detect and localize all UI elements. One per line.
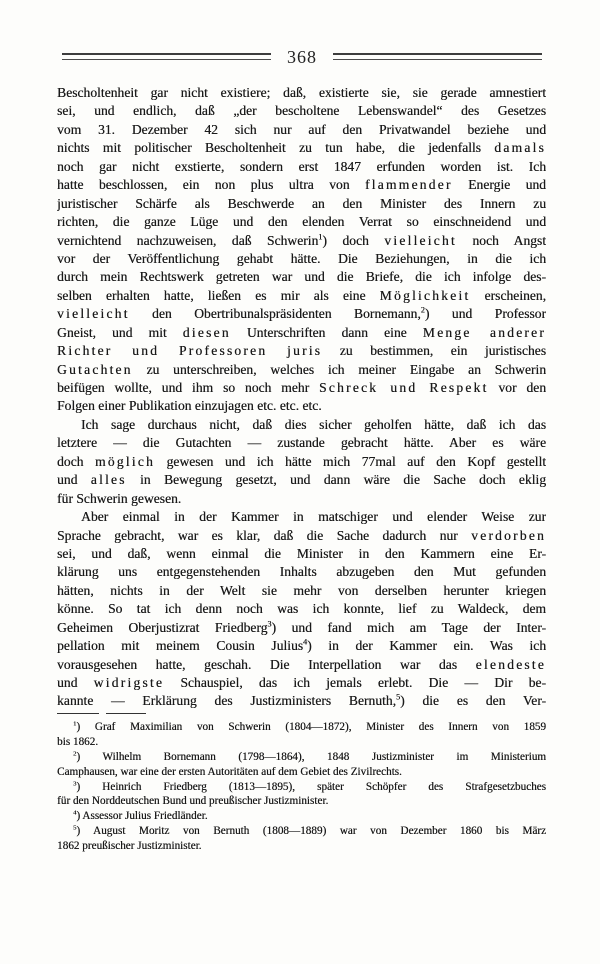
text-line: könne. So tat ich denn noch was ich konn…: [57, 600, 546, 618]
text-segment: elendeste: [476, 657, 546, 672]
text-line: hätten, nichts in der Welt sie mehr von …: [57, 582, 546, 600]
text-segment: ) und fand mich am Tage der Inter-: [271, 620, 546, 635]
text-line: Sprache gebracht, war es klar, daß die S…: [57, 527, 546, 545]
text-segment: Folgen einer Publikation einzujagen etc.…: [57, 398, 322, 413]
text-segment: den Obertribunalspräsidenten Bornemann,: [130, 306, 421, 321]
text-segment: Geheimen Oberjustizrat Friedberg: [57, 620, 267, 635]
text-line: kannte — Erklärung des Justizministers B…: [57, 692, 546, 710]
text-line: und widrigste Schauspiel, das ich jemals…: [57, 674, 546, 692]
footnote-line: 3) Heinrich Friedberg (1813—1895), späte…: [57, 780, 546, 795]
text-segment: Bescholtenheit gar nicht existiere; daß,…: [57, 85, 546, 100]
book-page: 368 Bescholtenheit gar nicht existiere; …: [0, 0, 600, 964]
text-segment: möglich: [95, 454, 155, 469]
text-segment: vor den: [489, 380, 546, 395]
text-line: letztere — die Gutachten — zustande gebr…: [57, 434, 546, 452]
text-line: doch möglich gewesen und ich hätte mich …: [57, 453, 546, 471]
text-segment: hatte beschlossen, ein non plus ultra vo…: [57, 177, 365, 192]
text-line: vorausgesehen hatte, geschah. Die Interp…: [57, 656, 546, 674]
text-line: für Schwerin gewesen.: [57, 490, 546, 508]
text-line: Bescholtenheit gar nicht existiere; daß,…: [57, 84, 546, 102]
text-segment: vernichtend nachzuweisen, daß Schwerin: [57, 233, 318, 248]
text-line: Geheimen Oberjustizrat Friedberg3) und f…: [57, 619, 546, 637]
text-segment: ) Heinrich Friedberg (1813—1895), später…: [76, 781, 546, 793]
footnote-line: bis 1862.: [57, 735, 546, 750]
text-segment: Richter und Professoren juris: [57, 343, 322, 358]
page-number: 368: [271, 47, 333, 68]
text-segment: zu unterschreiben, welches ich meiner Ei…: [133, 362, 546, 377]
text-segment: erscheinen,: [470, 288, 546, 303]
text-line: pellation mit meinem Cousin Julius4) in …: [57, 637, 546, 655]
text-segment: für Schwerin gewesen.: [57, 491, 181, 506]
text-segment: kannte — Erklärung des Justizministers B…: [57, 693, 396, 708]
footnotes: 1) Graf Maximilian von Schwerin (1804—18…: [57, 720, 546, 854]
text-segment: doch: [57, 454, 95, 469]
text-line: Ich sage durchaus nicht, daß dies sicher…: [57, 416, 546, 434]
text-line: Folgen einer Publikation einzujagen etc.…: [57, 397, 546, 415]
text-segment: ) Wilhelm Bornemann (1798—1864), 1848 Ju…: [76, 751, 546, 763]
page-header: 368: [62, 46, 542, 67]
text-segment: Schreck und Respekt: [319, 380, 489, 395]
text-line: sei, und daß, wenn einmal die Minister i…: [57, 545, 546, 563]
text-segment: Sprache gebracht, war es klar, daß die S…: [57, 528, 471, 543]
text-segment: letztere — die Gutachten — zustande gebr…: [57, 435, 546, 450]
text-line: juristischer Schärfe als Beschwerde an d…: [57, 195, 546, 213]
text-segment: gewesen und ich hätte mich 77mal auf den…: [155, 454, 546, 469]
text-line: vom 31. Dezember 42 sich nur auf den Pri…: [57, 121, 546, 139]
text-segment: noch gar nicht exstierte, sondern erst 1…: [57, 159, 546, 174]
text-segment: klärung uns entgegenstehenden Inhalts ab…: [57, 564, 546, 579]
text-line: und alles in Bewegung gesetzt, und dann …: [57, 471, 546, 489]
text-segment: damals: [494, 140, 546, 155]
text-segment: könne. So tat ich denn noch was ich konn…: [57, 601, 546, 616]
footnote-separator: [57, 713, 146, 714]
text-segment: Schauspiel, das ich jemals erlebt. Die —…: [164, 675, 546, 690]
text-segment: Unterschriften dann eine: [231, 325, 423, 340]
footnote-separator-segment: [57, 713, 99, 714]
text-line: Aber einmal in der Kammer in matschiger …: [57, 508, 546, 526]
text-line: vielleicht den Obertribunalspräsidenten …: [57, 305, 546, 323]
text-segment: ) die es den Ver-: [400, 693, 546, 708]
footnote-line: 2) Wilhelm Bornemann (1798—1864), 1848 J…: [57, 750, 546, 765]
text-line: durch mein Rechtswerk getreten war und d…: [57, 268, 546, 286]
text-line: vernichtend nachzuweisen, daß Schwerin1)…: [57, 232, 546, 250]
text-segment: Aber einmal in der Kammer in matschiger …: [81, 509, 546, 524]
text-line: beifügen wollte, und ihm so noch mehr Sc…: [57, 379, 546, 397]
text-line: nichts mit politischer Bescholtenheit zu…: [57, 139, 546, 157]
text-segment: zu bestimmen, ein juristisches: [322, 343, 546, 358]
text-segment: Energie und: [453, 177, 546, 192]
text-segment: ) Graf Maximilian von Schwerin (1804—187…: [76, 721, 546, 733]
text-segment: noch Angst: [457, 233, 546, 248]
text-segment: vielleicht: [384, 233, 457, 248]
text-line: vor der Veröffentlichung gehabt hätte. D…: [57, 250, 546, 268]
header-rule-left: [62, 53, 271, 60]
text-line: hatte beschlossen, ein non plus ultra vo…: [57, 176, 546, 194]
text-segment: ) August Moritz von Bernuth (1808—1889) …: [76, 825, 546, 837]
text-line: Richter und Professoren juris zu bestimm…: [57, 342, 546, 360]
text-segment: nichts mit politischer Bescholtenheit zu…: [57, 140, 494, 155]
text-segment: pellation mit meinem Cousin Julius: [57, 638, 303, 653]
text-segment: vorausgesehen hatte, geschah. Die Interp…: [57, 657, 476, 672]
text-line: richten, die ganze Lüge und den elenden …: [57, 213, 546, 231]
text-segment: beifügen wollte, und ihm so noch mehr: [57, 380, 319, 395]
text-segment: Gneist, und mit: [57, 325, 183, 340]
text-segment: selben erhalten hatte, ließen es mir als…: [57, 288, 380, 303]
footnote-line: Camphausen, war eine der ersten Autoritä…: [57, 765, 546, 780]
text-segment: alles: [91, 472, 127, 487]
text-segment: und: [57, 472, 91, 487]
footnote-line: 5) August Moritz von Bernuth (1808—1889)…: [57, 824, 546, 839]
text-segment: ) in der Kammer ein. Was ich: [307, 638, 546, 653]
text-segment: verdorben: [471, 528, 546, 543]
text-line: Gutachten zu unterschreiben, welches ich…: [57, 361, 546, 379]
text-line: noch gar nicht exstierte, sondern erst 1…: [57, 158, 546, 176]
text-segment: und: [57, 675, 94, 690]
text-segment: juristischer Schärfe als Beschwerde an d…: [57, 196, 546, 211]
text-segment: hätten, nichts in der Welt sie mehr von …: [57, 583, 546, 598]
text-segment: widrigste: [94, 675, 164, 690]
text-segment: 1862 preußischer Justizminister.: [57, 840, 201, 852]
footnote-separator-segment: [106, 713, 146, 714]
text-segment: diesen: [183, 325, 231, 340]
text-segment: ) und Professor: [425, 306, 546, 321]
text-segment: für den Norddeutschen Bund und preußisch…: [57, 795, 328, 807]
text-segment: Ich sage durchaus nicht, daß dies sicher…: [81, 417, 546, 432]
text-line: klärung uns entgegenstehenden Inhalts ab…: [57, 563, 546, 581]
text-segment: sei, und endlich, daß „der bescholtene L…: [57, 103, 546, 118]
text-segment: Möglichkeit: [380, 288, 471, 303]
text-segment: durch mein Rechtswerk getreten war und d…: [57, 269, 546, 284]
text-segment: flammender: [365, 177, 453, 192]
text-segment: richten, die ganze Lüge und den elenden …: [57, 214, 546, 229]
body-text: Bescholtenheit gar nicht existiere; daß,…: [57, 84, 546, 711]
text-segment: vielleicht: [57, 306, 130, 321]
footnote-line: 4) Assessor Julius Friedländer.: [57, 809, 546, 824]
text-segment: in Bewegung gesetzt, und dann wäre die S…: [127, 472, 546, 487]
text-segment: Gutachten: [57, 362, 133, 377]
text-segment: Menge anderer: [423, 325, 546, 340]
footnote-line: 1862 preußischer Justizminister.: [57, 839, 546, 854]
header-rule-right: [333, 53, 542, 60]
text-line: Gneist, und mit diesen Unterschriften da…: [57, 324, 546, 342]
text-segment: ) Assessor Julius Friedländer.: [76, 810, 207, 822]
text-segment: Camphausen, war eine der ersten Autoritä…: [57, 766, 402, 778]
text-segment: ) doch: [322, 233, 384, 248]
footnote-line: für den Norddeutschen Bund und preußisch…: [57, 794, 546, 809]
text-line: selben erhalten hatte, ließen es mir als…: [57, 287, 546, 305]
text-segment: vom 31. Dezember 42 sich nur auf den Pri…: [57, 122, 546, 137]
text-segment: bis 1862.: [57, 736, 98, 748]
text-segment: sei, und daß, wenn einmal die Minister i…: [57, 546, 546, 561]
text-segment: vor der Veröffentlichung gehabt hätte. D…: [57, 251, 546, 266]
footnote-line: 1) Graf Maximilian von Schwerin (1804—18…: [57, 720, 546, 735]
text-line: sei, und endlich, daß „der bescholtene L…: [57, 102, 546, 120]
